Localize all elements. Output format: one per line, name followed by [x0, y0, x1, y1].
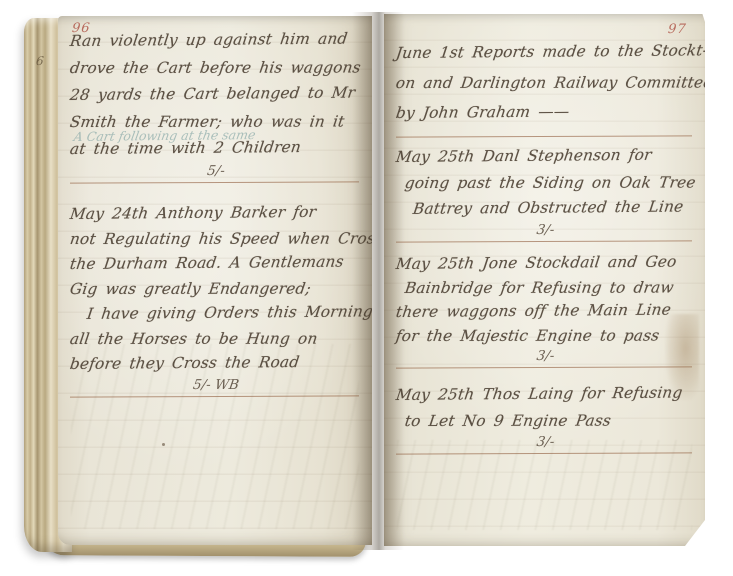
manuscript-line: Ran violently up against him and — [68, 25, 364, 55]
margin-mark: 6 — [35, 54, 44, 68]
manuscript-line: there waggons off the Main Line — [394, 297, 697, 324]
manuscript-line: drove the Cart before his waggons — [68, 54, 364, 82]
manuscript-line: June 1st Reports made to the Stockt- — [394, 35, 697, 68]
entry-divider — [70, 395, 359, 397]
manuscript-line: going past the Siding on Oak Tree — [394, 169, 697, 196]
manuscript-line: all the Horses to be Hung on — [68, 326, 364, 352]
manuscript-line: I have giving Orders this Morning for — [68, 299, 364, 327]
manuscript-line: May 25th Jone Stockdail and Geo — [394, 249, 697, 276]
entry-divider — [396, 135, 692, 137]
manuscript-line: to Let No 9 Engine Pass — [394, 407, 697, 434]
right-page: 97 June 1st Reports made to the Stockt- … — [384, 14, 705, 546]
manuscript-line: for the Majestic Engine to pass — [394, 323, 696, 348]
ledger-entry: Ran violently up against him and drove t… — [70, 28, 362, 183]
manuscript-line: Bainbridge for Refusing to draw — [394, 275, 696, 300]
entry-divider — [396, 452, 692, 454]
manuscript-line: Gig was greatly Endangered; — [68, 276, 364, 302]
manuscript-line: by John Graham —— — [394, 95, 697, 128]
entry-divider — [396, 366, 692, 368]
manuscript-line: May 25th Thos Laing for Refusing — [394, 379, 697, 408]
ledger-entry: May 24th Anthony Barker for not Regulati… — [70, 202, 362, 397]
ledger-entry: May 25th Thos Laing for Refusing to Let … — [396, 382, 695, 454]
manuscript-line: the Durham Road. A Gentlemans — [68, 249, 364, 277]
ledger-entry: June 1st Reports made to the Stockt- on … — [396, 38, 695, 137]
fee-amount: 5/- WB — [69, 377, 363, 393]
notebook-photograph: 6 96 Ran violently up against him and dr… — [0, 0, 733, 576]
ink-speck — [162, 443, 165, 446]
manuscript-line: May 24th Anthony Barker for — [68, 199, 364, 227]
manuscript-line: Battrey and Obstructed the Line — [394, 193, 697, 222]
manuscript-line: 28 yards the Cart belanged to Mr — [68, 79, 364, 109]
manuscript-line: May 25th Danl Stephenson for — [394, 141, 697, 170]
fee-amount: 5/- — [69, 163, 363, 179]
manuscript-line: on and Darlington Railway Committee — [394, 67, 697, 98]
ledger-entry: May 25th Danl Stephenson for going past … — [396, 144, 695, 242]
left-page: 96 Ran violently up against him and drov… — [58, 16, 372, 545]
manuscript-line: not Regulating his Speed when Crossing — [68, 226, 364, 252]
fee-amount: 3/- — [395, 222, 696, 238]
fee-amount: 3/- — [395, 434, 696, 450]
ledger-entry: May 25th Jone Stockdail and Geo Bainbrid… — [396, 252, 695, 368]
manuscript-line: before they Cross the Road — [68, 349, 364, 377]
entry-divider — [396, 240, 692, 242]
fee-amount: 3/- — [395, 348, 696, 364]
manuscript-line: at the time with 2 Children — [68, 133, 364, 163]
entry-divider — [70, 181, 359, 183]
